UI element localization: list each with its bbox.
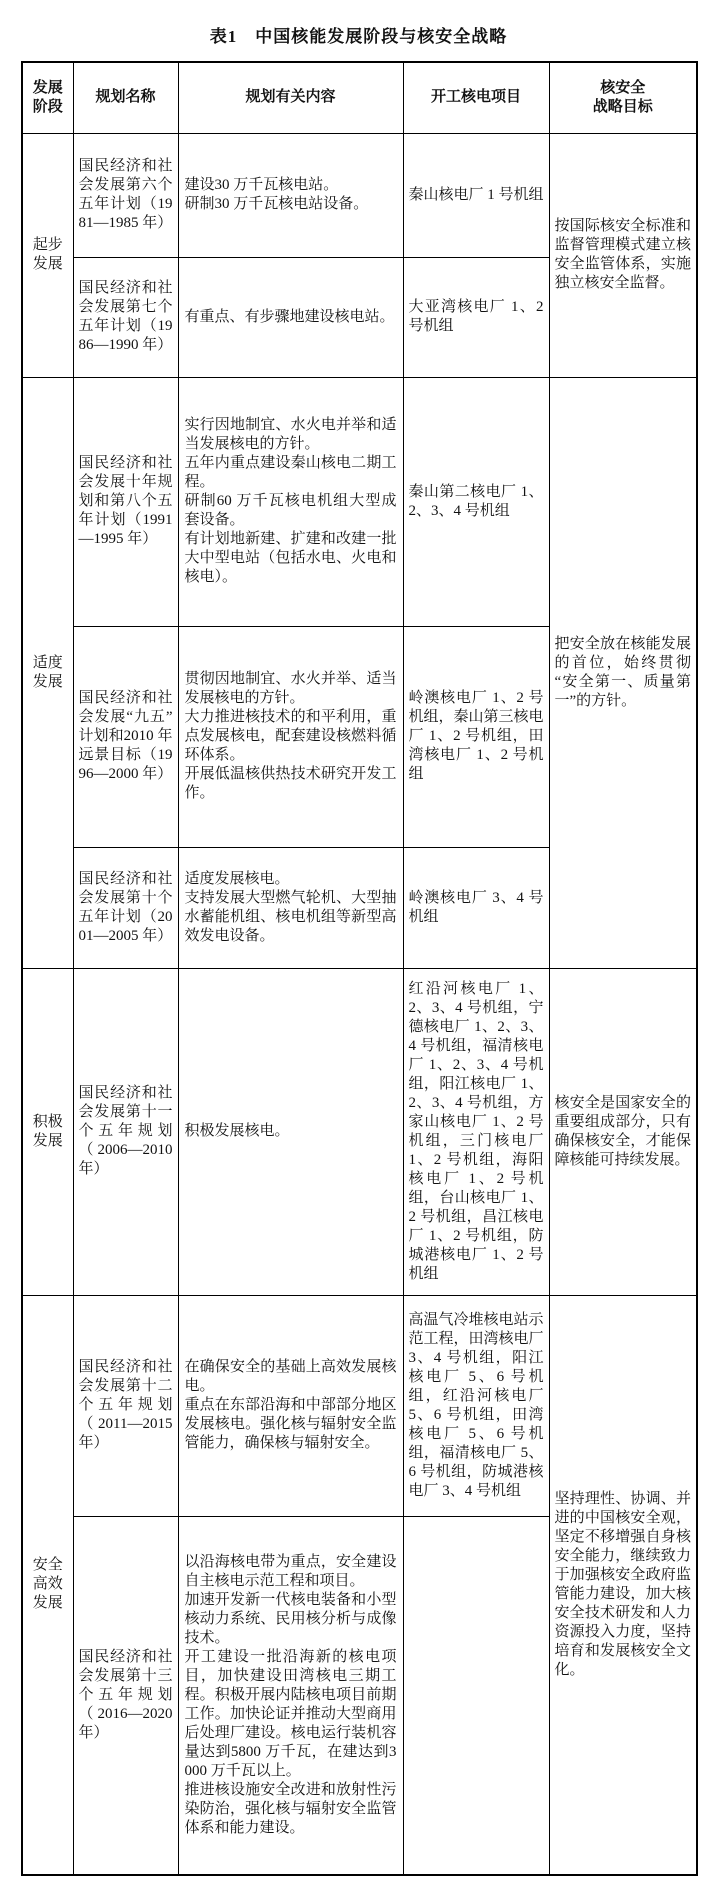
plan-cell: 国民经济和社会发展“九五”计划和2010 年远景目标（1996—2000 年） — [73, 626, 178, 847]
projects-cell: 高温气冷堆核电站示范工程，田湾核电厂 3、4 号机组，阳江核电厂 5、6 号机组… — [403, 1295, 549, 1516]
table-row: 起步发展 国民经济和社会发展第六个五年计划（1981—1985 年） 建设30 … — [22, 133, 697, 257]
stage-cell: 适度发展 — [22, 377, 73, 968]
plan-cell: 国民经济和社会发展十年规划和第八个五年计划（1991—1995 年） — [73, 377, 178, 626]
content-cell: 以沿海核电带为重点，安全建设自主核电示范工程和项目。 加速开发新一代核电装备和小… — [178, 1516, 403, 1875]
stage-cell: 起步发展 — [22, 133, 73, 377]
strategy-cell: 把安全放在核能发展的首位，始终贯彻“安全第一、质量第一”的方针。 — [549, 377, 697, 968]
plan-cell: 国民经济和社会发展第七个五年计划（1986—1990 年） — [73, 257, 178, 377]
nuclear-development-table: 发展 阶段 规划名称 规划有关内容 开工核电项目 核安全 战略目标 起步发展 国… — [21, 61, 698, 1876]
table-body: 起步发展 国民经济和社会发展第六个五年计划（1981—1985 年） 建设30 … — [22, 133, 697, 1875]
content-cell: 贯彻因地制宜、水火并举、适当发展核电的方针。 大力推进核技术的和平利用，重点发展… — [178, 626, 403, 847]
projects-cell: 岭澳核电厂 1、2 号机组，秦山第三核电厂 1、2 号机组，田湾核电厂 1、2 … — [403, 626, 549, 847]
plan-cell: 国民经济和社会发展第六个五年计划（1981—1985 年） — [73, 133, 178, 257]
projects-cell: 秦山第二核电厂 1、2、3、4 号机组 — [403, 377, 549, 626]
table-header: 发展 阶段 规划名称 规划有关内容 开工核电项目 核安全 战略目标 — [22, 62, 697, 133]
projects-cell: 秦山核电厂 1 号机组 — [403, 133, 549, 257]
header-cell-plan: 规划名称 — [73, 62, 178, 133]
projects-cell: 岭澳核电厂 3、4 号机组 — [403, 847, 549, 968]
table-row: 安全高效发展 国民经济和社会发展第十二个五年规划（2011—2015 年） 在确… — [22, 1295, 697, 1516]
content-cell: 有重点、有步骤地建设核电站。 — [178, 257, 403, 377]
plan-cell: 国民经济和社会发展第十三个五年规划（2016—2020 年） — [73, 1516, 178, 1875]
stage-cell: 安全高效发展 — [22, 1295, 73, 1875]
header-cell-projects: 开工核电项目 — [403, 62, 549, 133]
document-page: 表1 中国核能发展阶段与核安全战略 发展 阶段 规划名称 规划有关内容 开工核电… — [0, 0, 717, 1883]
strategy-cell: 核安全是国家安全的重要组成部分，只有确保核安全，才能保障核能可持续发展。 — [549, 968, 697, 1295]
header-cell-strategy: 核安全 战略目标 — [549, 62, 697, 133]
strategy-cell: 按国际核安全标准和监督管理模式建立核安全监管体系，实施独立核安全监督。 — [549, 133, 697, 377]
content-cell: 积极发展核电。 — [178, 968, 403, 1295]
table-caption: 表1 中国核能发展阶段与核安全战略 — [0, 0, 717, 47]
stage-cell: 积极发展 — [22, 968, 73, 1295]
projects-cell — [403, 1516, 549, 1875]
projects-cell: 红沿河核电厂 1、2、3、4 号机组，宁德核电厂 1、2、3、4 号机组，福清核… — [403, 968, 549, 1295]
plan-cell: 国民经济和社会发展第十个五年计划（2001—2005 年） — [73, 847, 178, 968]
header-cell-stage: 发展 阶段 — [22, 62, 73, 133]
plan-cell: 国民经济和社会发展第十一个五年规划（2006—2010 年） — [73, 968, 178, 1295]
header-cell-content: 规划有关内容 — [178, 62, 403, 133]
plan-cell: 国民经济和社会发展第十二个五年规划（2011—2015 年） — [73, 1295, 178, 1516]
content-cell: 实行因地制宜、水火电并举和适当发展核电的方针。 五年内重点建设秦山核电二期工程。… — [178, 377, 403, 626]
strategy-cell: 坚持理性、协调、并进的中国核安全观，坚定不移增强自身核安全能力，继续致力于加强核… — [549, 1295, 697, 1875]
projects-cell: 大亚湾核电厂 1、2 号机组 — [403, 257, 549, 377]
content-cell: 适度发展核电。 支持发展大型燃气轮机、大型抽水蓄能机组、核电机组等新型高效发电设… — [178, 847, 403, 968]
table-row: 适度发展 国民经济和社会发展十年规划和第八个五年计划（1991—1995 年） … — [22, 377, 697, 626]
table-row: 积极发展 国民经济和社会发展第十一个五年规划（2006—2010 年） 积极发展… — [22, 968, 697, 1295]
header-row: 发展 阶段 规划名称 规划有关内容 开工核电项目 核安全 战略目标 — [22, 62, 697, 133]
content-cell: 在确保安全的基础上高效发展核电。 重点在东部沿海和中部部分地区发展核电。强化核与… — [178, 1295, 403, 1516]
content-cell: 建设30 万千瓦核电站。 研制30 万千瓦核电站设备。 — [178, 133, 403, 257]
